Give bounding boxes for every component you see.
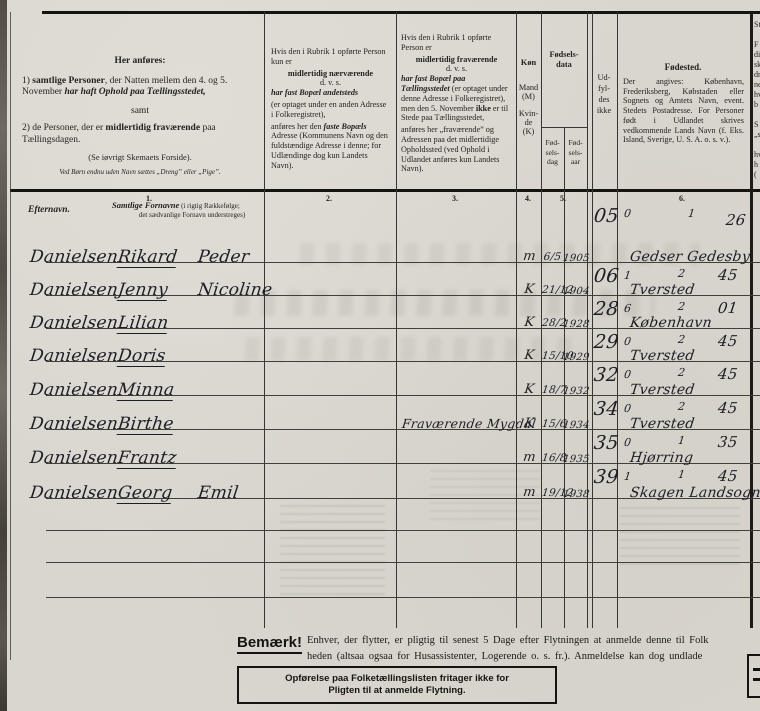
do-not-fill-header: Ud-fyl-desikke	[591, 72, 617, 116]
remark-line2: heden (altsaa ogsaa for Husassistenter, …	[307, 649, 760, 665]
moving-notice-box: Opførelse paa Folketællingslisten fritag…	[237, 666, 557, 704]
census-form-scan: Her anføres: 1) samtlige Personer, der N…	[0, 0, 760, 711]
birthday-handwritten: 6/5	[541, 251, 563, 263]
birthplace-handwritten: Skagen Landsogn	[629, 485, 760, 501]
bleedthrough-smudge	[280, 500, 385, 595]
office-code-handwritten: 05	[593, 205, 620, 227]
sex-female-label: Kvin-	[515, 109, 542, 118]
sex-handwritten: K	[519, 348, 540, 363]
birthdata-title: Fødsels-data	[541, 50, 587, 69]
column2-bopael: har fast Bopæl andetsteds	[271, 88, 390, 98]
row-rule	[46, 562, 760, 563]
clipped-notice-box	[747, 654, 760, 698]
county-code-handwritten: 01	[717, 299, 739, 317]
birthday-handwritten: 21/12	[541, 284, 563, 296]
clipped-text-mark	[753, 678, 760, 681]
table-row: Danielsen Lilian K 28/2 1928 28 6 2 01 K…	[0, 296, 760, 328]
column1-title: Her anføres:	[22, 56, 258, 68]
sex-male-label: Mand	[515, 83, 542, 92]
sex-column-header: Køn Mand (M) Kvin- de (K)	[515, 58, 542, 136]
table-row: Danielsen Doris K 15/10 1929 29 0 2 45 T…	[0, 329, 760, 361]
row-rule	[46, 597, 760, 598]
column1-samt: samt	[22, 106, 258, 118]
birthday-handwritten: 15/6	[541, 418, 563, 430]
column1-item1: 1) samtlige Personer, der Natten mellem …	[22, 76, 258, 99]
notice-line2: Pligten til at anmelde Flytning.	[239, 685, 555, 697]
office-code-handwritten: 29	[593, 331, 620, 353]
county-code-handwritten: 45	[717, 365, 739, 383]
sex-handwritten: K	[519, 382, 540, 397]
office-code-handwritten: 34	[593, 398, 620, 420]
office-sup-handwritten: 2	[677, 400, 686, 413]
column2-bold-line: midlertidig nærværende	[271, 69, 390, 79]
office-code2-handwritten: 6	[623, 302, 632, 315]
surname-handwritten: Danielsen	[29, 483, 120, 503]
table-row: Danielsen Georg Emil m 19/12 1938 39 1 1…	[0, 464, 760, 498]
office-code-handwritten: 32	[593, 364, 620, 386]
birthyear-subheader: Fød-sels-aar	[564, 138, 587, 167]
notice-line1: Opførelse paa Folketællingslisten fritag…	[239, 673, 555, 685]
birthyear-handwritten: 1938	[562, 489, 586, 500]
column3-header: Hvis den i Rubrik 1 opførte Person er mi…	[401, 33, 512, 176]
middle-name-handwritten: Emil	[197, 483, 240, 503]
remark-text: Enhver, der flytter, er pligtig til sene…	[307, 633, 760, 664]
county-code-handwritten: 26	[725, 211, 747, 229]
office-code2-handwritten: 1	[623, 470, 632, 483]
county-code-handwritten: 45	[717, 467, 739, 485]
column3-dvs: d. v. s.	[401, 64, 512, 74]
office-code2-handwritten: 0	[623, 436, 632, 449]
column3-paragraph1: har fast Bopæl paa Tællingsstedet (er op…	[401, 74, 512, 123]
clipped-column-fragments: St F di sk dr ne hv b S „s hv h (	[754, 20, 760, 180]
column2-paragraph: anføres her den faste Bopæls Adresse (Ko…	[271, 122, 390, 171]
table-row: Danielsen Minna K 18/7 1932 32 0 2 45 Tv…	[0, 362, 760, 395]
column3-bold-line: midlertidig fraværende	[401, 55, 512, 65]
table-row: Danielsen Rikard Peder m 6/5 1905 05 0 1…	[0, 191, 760, 262]
column1-header: Her anføres: 1) samtlige Personer, der N…	[22, 56, 258, 178]
office-sup-handwritten: 1	[677, 468, 686, 481]
birthplace-description: Der angives: København, Frederiksberg, K…	[623, 77, 744, 145]
sex-title: Køn	[515, 58, 542, 67]
column1-item2: 2) de Personer, der er midlertidig fravæ…	[22, 123, 258, 146]
office-code-handwritten: 28	[593, 298, 620, 320]
column3-line: Hvis den i Rubrik 1 opførte Person er	[401, 33, 512, 53]
office-code2-handwritten: 0	[623, 207, 632, 220]
column3-paragraph2: anføres her „fraværende” og Adressen paa…	[401, 125, 512, 174]
absent-note-handwritten: Fraværende Mygdal	[401, 416, 537, 431]
birthday-handwritten: 18/7	[541, 384, 563, 396]
office-sup-handwritten: 2	[677, 333, 686, 346]
office-code-handwritten: 39	[593, 466, 620, 488]
column1-forside-note: (Se iøvrigt Skemaets Forside).	[22, 152, 258, 164]
birthplace-title: Fødested.	[617, 62, 749, 73]
table-row: Danielsen Frantz m 16/8 1935 35 0 1 35 H…	[0, 430, 760, 463]
column2-dvs: d. v. s.	[271, 78, 390, 88]
column2-header: Hvis den i Rubrik 1 opførte Person kun e…	[271, 47, 390, 173]
sex-female-label2: de	[515, 118, 542, 127]
sex-handwritten: K	[519, 282, 540, 297]
sex-female-abbrev: (K)	[515, 127, 542, 136]
bleedthrough-smudge	[620, 505, 740, 565]
birthday-subheader: Fød-sels-dag	[541, 138, 564, 167]
sex-handwritten: K	[519, 315, 540, 330]
column2-line: Hvis den i Rubrik 1 opførte Person kun e…	[271, 47, 390, 67]
county-code-handwritten: 45	[717, 399, 739, 417]
sex-handwritten: m	[519, 249, 540, 264]
table-top-rule	[42, 11, 760, 14]
given-name-handwritten: Georg	[117, 483, 174, 503]
sex-handwritten: K	[519, 416, 540, 431]
table-row: Danielsen Birthe Fraværende Mygdal K 15/…	[0, 396, 760, 429]
office-code2-handwritten: 0	[623, 335, 632, 348]
remark-line1: Enhver, der flytter, er pligtig til sene…	[307, 633, 760, 649]
office-code2-handwritten: 0	[623, 368, 632, 381]
office-code-handwritten: 35	[593, 432, 620, 454]
county-code-handwritten: 45	[717, 332, 739, 350]
sex-handwritten: m	[519, 450, 540, 465]
office-sup-handwritten: 2	[677, 300, 686, 313]
birthday-handwritten: 15/10	[541, 350, 563, 362]
table-row: Danielsen Jenny Nicoline K 21/12 1904 06…	[0, 263, 760, 295]
birthday-handwritten: 16/8	[541, 452, 563, 464]
office-code-handwritten: 06	[593, 265, 620, 287]
office-sup-handwritten: 1	[687, 207, 696, 220]
county-code-handwritten: 35	[717, 433, 739, 451]
office-sup-handwritten: 2	[677, 366, 686, 379]
sex-handwritten: m	[519, 485, 540, 500]
county-code-handwritten: 45	[717, 266, 739, 284]
office-code2-handwritten: 1	[623, 269, 632, 282]
row-rule	[46, 530, 760, 531]
remark-label: Bemærk!	[237, 634, 302, 654]
column2-parenthetical: (er optaget under en anden Adresse i Fol…	[271, 100, 390, 120]
office-sup-handwritten: 2	[677, 267, 686, 280]
birthday-handwritten: 19/12	[541, 487, 563, 499]
office-sup-handwritten: 1	[677, 434, 686, 447]
clipped-text-mark	[753, 668, 760, 671]
birthday-handwritten: 28/2	[541, 317, 563, 329]
sex-male-abbrev: (M)	[515, 92, 542, 101]
office-code2-handwritten: 0	[623, 402, 632, 415]
column1-born-note: Ved Børn endnu uden Navn sættes „Dreng” …	[22, 167, 258, 179]
